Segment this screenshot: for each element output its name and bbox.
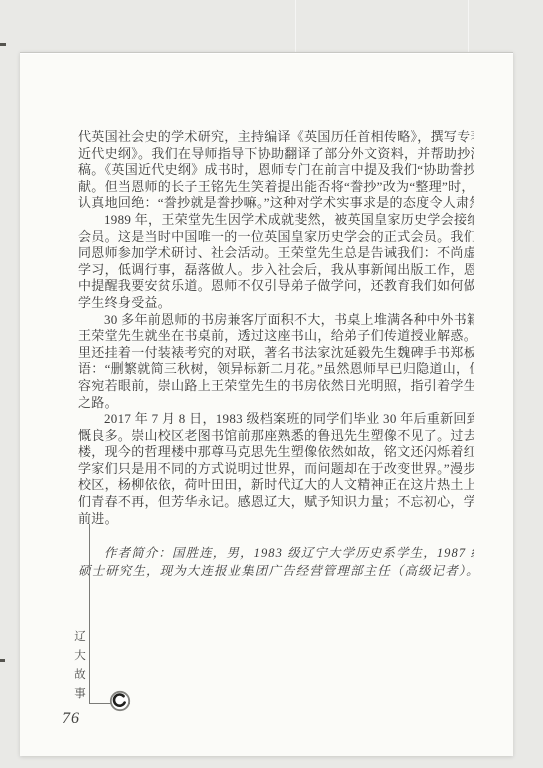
text-line: 同恩师参加学术研讨、社会活动。王荣堂先生总是告诫我们：不尚虚名，扎实 xyxy=(78,245,474,262)
scanned-book-page: { "page": { "paragraphs": [ { "indent": … xyxy=(0,0,543,768)
text-line: 献。但当恩师的长子王铭先生笑着提出能否将“誊抄”改为“整理”时，恩师 xyxy=(78,179,474,196)
text-line: 1989 年，王荣堂先生因学术成就斐然，被英国皇家历史学会接纳为正式 xyxy=(78,212,474,229)
series-title-char: 辽 xyxy=(74,631,86,643)
series-title-char: 大 xyxy=(74,650,86,662)
text-line: 们青春不再，但芳华永记。感恩辽大，赋予知识力量；不忘初心，学子们继续 xyxy=(78,494,474,511)
text-line: 会员。这是当时中国唯一的一位英国皇家历史学会的正式会员。我们曾多次随 xyxy=(78,229,474,246)
text-line: 校区，杨柳依依，荷叶田田，新时代辽大的人文精神正在这片热土上延续。我 xyxy=(78,477,474,494)
text-line: 楼，现今的哲理楼中那尊马克思先生塑像依然如故，铭文还闪烁着红光：“哲 xyxy=(78,444,474,461)
text-line: 代英国社会史的学术研究，主持编译《英国历任首相传略》，撰写专著《英国 xyxy=(78,129,474,146)
text-line: 硕士研究生，现为大连报业集团广告经营管理部主任（高级记者）。 xyxy=(78,563,474,581)
text-line: 中提醒我要安贫乐道。恩师不仅引导弟子做学问，还教育我们如何做人，我们 xyxy=(78,278,474,295)
scan-artifact xyxy=(0,659,5,662)
author-note: 作者简介：国胜连，男，1983 级辽宁大学历史系学生，1987 级辽宁大学硕士研… xyxy=(78,545,474,580)
text-line: 语：“删繁就简三秋树，领异标新二月花。”虽然恩师早已归隐道山，但先生音 xyxy=(78,361,474,378)
text-line: 前进。 xyxy=(78,511,474,528)
text-line: 稿。《英国近代史纲》成书时，恩师专门在前言中提及我们“协助誊抄”的贡 xyxy=(78,162,474,179)
scan-streak xyxy=(295,0,296,52)
text-line: 容宛若眼前，崇山路上王荣堂先生的书房依然日光明照，指引着学生的人生 xyxy=(78,378,474,395)
text-line: 近代史纲》。我们在导师指导下协助翻译了部分外文资料，并帮助抄清部分书 xyxy=(78,146,474,163)
body-text: 代英国社会史的学术研究，主持编译《英国历任首相传略》，撰写专著《英国近代史纲》。… xyxy=(78,129,474,527)
text-line: 慨良多。崇山校区老图书馆前那座熟悉的鲁迅先生塑像不见了。过去的哲经 xyxy=(78,428,474,445)
scan-streak xyxy=(468,0,469,52)
text-line: 学习，低调行事，磊落做人。步入社会后，我从事新闻出版工作，恩师在通信 xyxy=(78,262,474,279)
clock-logo-icon xyxy=(109,690,131,712)
text-line: 2017 年 7 月 8 日，1983 级档案班的同学们毕业 30 年后重新回到… xyxy=(78,411,474,428)
series-title-char: 故 xyxy=(74,669,86,681)
paper-page: 代英国社会史的学术研究，主持编译《英国历任首相传略》，撰写专著《英国近代史纲》。… xyxy=(20,52,513,756)
text-line: 王荣堂先生就坐在书桌前，透过这座书山，给弟子们传道授业解惑。记得书房 xyxy=(78,328,474,345)
page-number: 76 xyxy=(62,710,80,728)
series-title-vertical: 辽大故事 xyxy=(69,631,91,700)
scan-artifact xyxy=(0,43,6,46)
text-line: 学生终身受益。 xyxy=(78,295,474,312)
series-title-char: 事 xyxy=(74,688,86,700)
text-line: 认真地回绝：“誊抄就是誊抄嘛。”这种对学术实事求是的态度令人肃然起敬。 xyxy=(78,195,474,212)
text-line: 里还挂着一付装裱考究的对联，著名书法家沈延毅先生魏碑手书郑板桥的联 xyxy=(78,345,474,362)
text-line: 30 多年前恩师的书房兼客厅面积不大，书桌上堆满各种中外书籍和手稿。 xyxy=(78,312,474,329)
text-line: 学家们只是用不同的方式说明过世界，而问题却在于改变世界。”漫步蒲河新 xyxy=(78,461,474,478)
text-line: 作者简介：国胜连，男，1983 级辽宁大学历史系学生，1987 级辽宁大学 xyxy=(78,545,474,563)
text-line: 之路。 xyxy=(78,395,474,412)
